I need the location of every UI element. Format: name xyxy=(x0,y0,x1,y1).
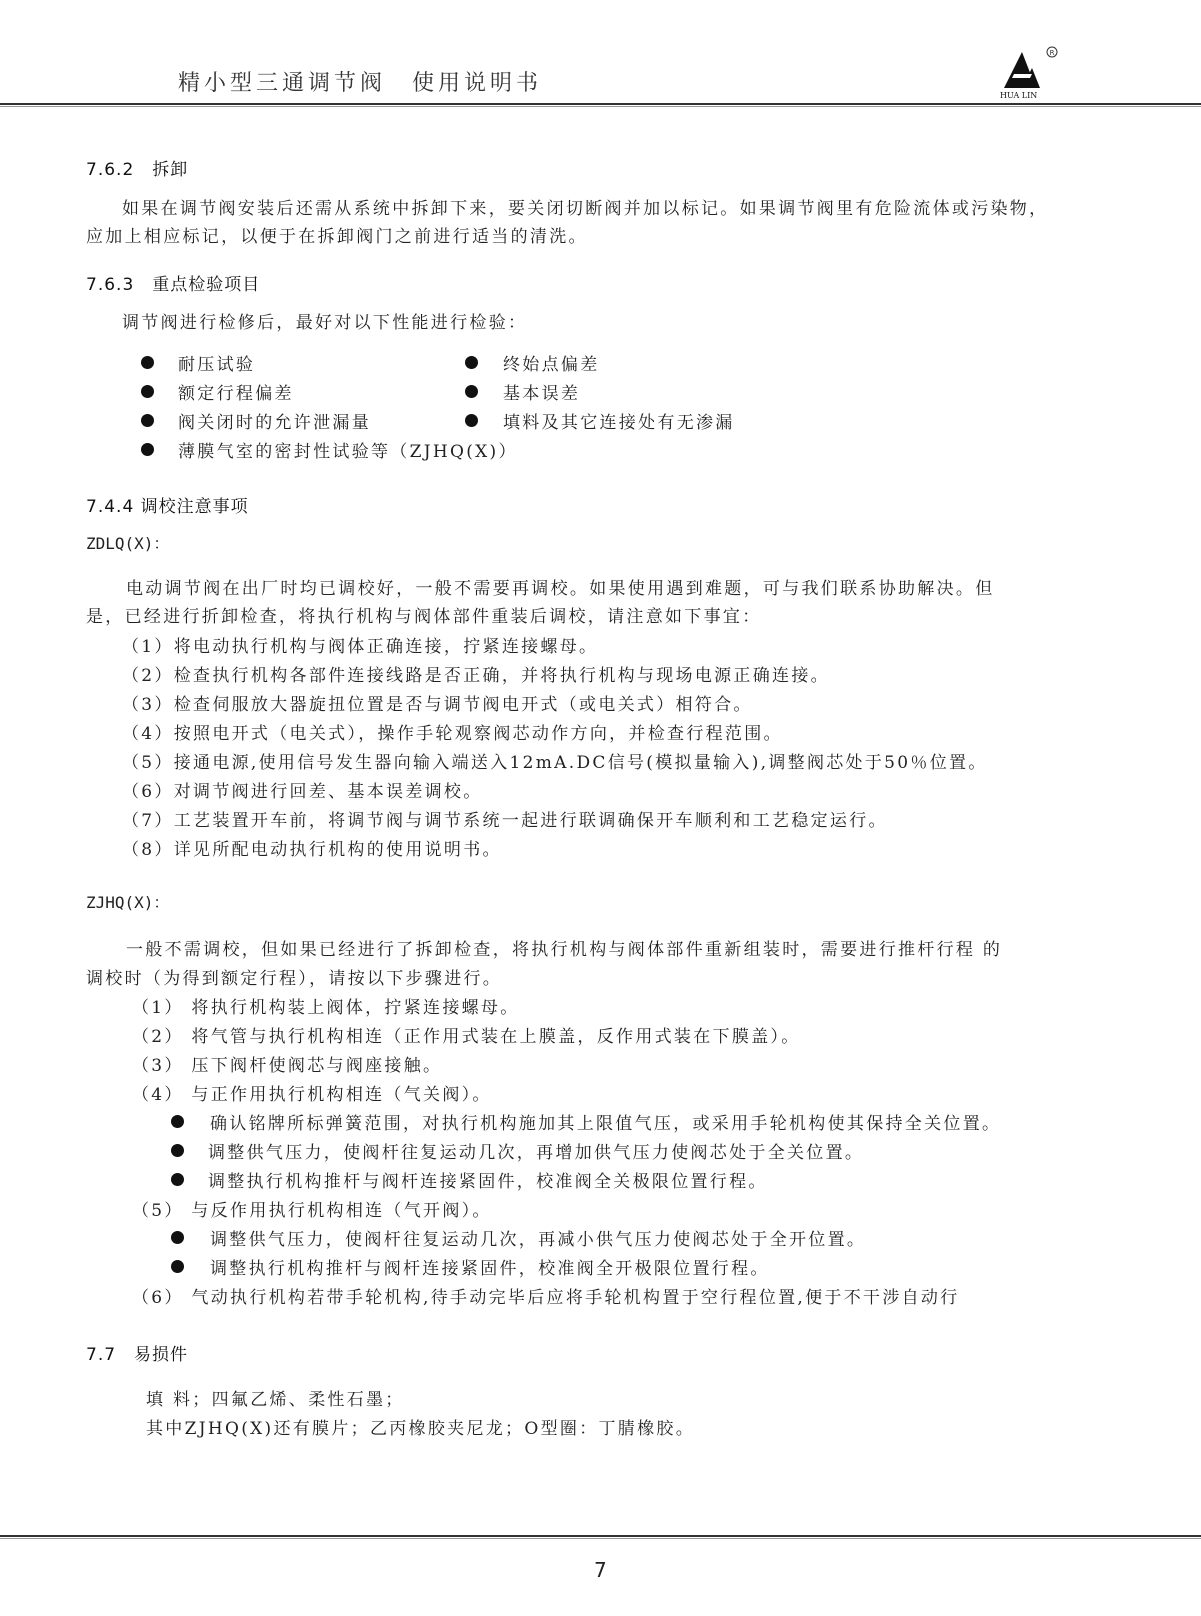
bullet-icon xyxy=(171,1260,184,1273)
paragraph-line: 如果在调节阀安装后还需从系统中拆卸下来，要关闭切断阀并加以标记。如果调节阀里有危… xyxy=(122,194,1048,219)
check-item: 阀关闭时的允许泄漏量 xyxy=(178,408,371,433)
bullet-icon xyxy=(141,414,154,427)
bullet-icon xyxy=(171,1231,184,1244)
paragraph-line: 应加上相应标记，以便于在拆卸阀门之前进行适当的清洗。 xyxy=(86,222,588,247)
footer-rule-thin xyxy=(0,1538,1201,1539)
step-item: （2）检查执行机构各部件连接线路是否正确，并将执行机构与现场电源正确连接。 xyxy=(122,661,830,686)
sub-step-item: 调整执行机构推杆与阀杆连接紧固件，校准阀全关极限位置行程。 xyxy=(208,1167,768,1192)
step-item: （5） 与反作用执行机构相连（气开阀）。 xyxy=(132,1196,492,1221)
bullet-icon xyxy=(171,1115,184,1128)
bullet-icon xyxy=(141,356,154,369)
svg-text:R: R xyxy=(1050,49,1055,57)
paragraph-line: 一般不需调校，但如果已经进行了拆卸检查，将执行机构与阀体部件重新组装时，需要进行… xyxy=(126,935,1002,960)
step-item: （3）检查伺服放大器旋扭位置是否与调节阀电开式（或电关式）相符合。 xyxy=(122,690,753,715)
heading-7-4-4: 7.4.4 调校注意事项 xyxy=(86,492,249,517)
paragraph-line: 填 料；四氟乙烯、柔性石墨； xyxy=(146,1385,405,1410)
check-item: 终始点偏差 xyxy=(503,350,600,375)
paragraph-line: 其中ZJHQ(X)还有膜片；乙丙橡胶夹尼龙；O型圈：丁腈橡胶。 xyxy=(146,1414,695,1439)
heading-7-6-3: 7.6.3 重点检验项目 xyxy=(86,270,260,295)
step-item: （1）将电动执行机构与阀体正确连接，拧紧连接螺母。 xyxy=(122,632,598,657)
hualin-logo-icon: R HUA LIN xyxy=(996,44,1060,100)
check-item: 基本误差 xyxy=(503,379,580,404)
heading-7-6-2: 7.6.2 拆卸 xyxy=(86,155,188,180)
check-item: 额定行程偏差 xyxy=(178,379,294,404)
check-item: 耐压试验 xyxy=(178,350,255,375)
footer-rule xyxy=(0,1535,1201,1537)
step-item: （6）对调节阀进行回差、基本误差调校。 xyxy=(122,777,483,802)
step-item: （7）工艺装置开车前，将调节阀与调节系统一起进行联调确保开车顺利和工艺稳定运行。 xyxy=(122,806,888,831)
model-label-zjhq: ZJHQ(X)： xyxy=(86,890,169,913)
step-item: （4）按照电开式（电关式），操作手轮观察阀芯动作方向，并检查行程范围。 xyxy=(122,719,783,744)
sub-step-item: 调整供气压力，使阀杆往复运动几次，再减小供气压力使阀芯处于全开位置。 xyxy=(210,1225,866,1250)
header-rule-thin xyxy=(0,106,1201,107)
sub-step-item: 调整执行机构推杆与阀杆连接紧固件，校准阀全开极限位置行程。 xyxy=(210,1254,770,1279)
step-item: （5）接通电源,使用信号发生器向输入端送入12mA.DC信号(模拟量输入),调整… xyxy=(122,748,988,773)
paragraph-line: 是，已经进行折卸检查，将执行机构与阀体部件重装后调校，请注意如下事宜： xyxy=(86,602,762,627)
paragraph-line: 电动调节阀在出厂时均已调校好，一般不需要再调校。如果使用遇到难题，可与我们联系协… xyxy=(126,574,995,599)
bullet-icon xyxy=(465,414,478,427)
sub-step-item: 确认铭牌所标弹簧范围，对执行机构施加其上限值气压，或采用手轮机构使其保持全关位置… xyxy=(210,1109,1001,1134)
bullet-icon xyxy=(141,385,154,398)
bullet-icon xyxy=(171,1173,184,1186)
bullet-icon xyxy=(465,385,478,398)
header-rule xyxy=(0,103,1201,105)
sub-step-item: 调整供气压力，使阀杆往复运动几次，再增加供气压力使阀芯处于全关位置。 xyxy=(208,1138,864,1163)
model-label-zdlq: ZDLQ(X)： xyxy=(86,531,169,554)
bullet-icon xyxy=(465,356,478,369)
bullet-icon xyxy=(171,1144,184,1157)
step-item: （8）详见所配电动执行机构的使用说明书。 xyxy=(122,835,502,860)
svg-text:HUA LIN: HUA LIN xyxy=(1000,91,1037,100)
check-item: 填料及其它连接处有无渗漏 xyxy=(503,408,735,433)
paragraph-intro: 调节阀进行检修后，最好对以下性能进行检验： xyxy=(122,308,527,333)
step-item: （3） 压下阀杆使阀芯与阀座接触。 xyxy=(132,1051,442,1076)
paragraph-line: 调校时（为得到额定行程），请按以下步骤进行。 xyxy=(86,964,502,989)
step-item: （2） 将气管与执行机构相连（正作用式装在上膜盖，反作用式装在下膜盖）。 xyxy=(132,1022,801,1047)
page-number: 7 xyxy=(594,1558,607,1582)
step-item: （6） 气动执行机构若带手轮机构,待手动完毕后应将手轮机构置于空行程位置,便于不… xyxy=(132,1283,960,1308)
check-item: 薄膜气室的密封性试验等（ZJHQ(X)） xyxy=(178,437,518,462)
step-item: （1） 将执行机构装上阀体，拧紧连接螺母。 xyxy=(132,993,520,1018)
heading-7-7: 7.7 易损件 xyxy=(86,1340,188,1365)
document-title: 精小型三通调节阀 使用说明书 xyxy=(178,66,542,97)
step-item: （4） 与正作用执行机构相连（气关阀）。 xyxy=(132,1080,492,1105)
bullet-icon xyxy=(141,443,154,456)
